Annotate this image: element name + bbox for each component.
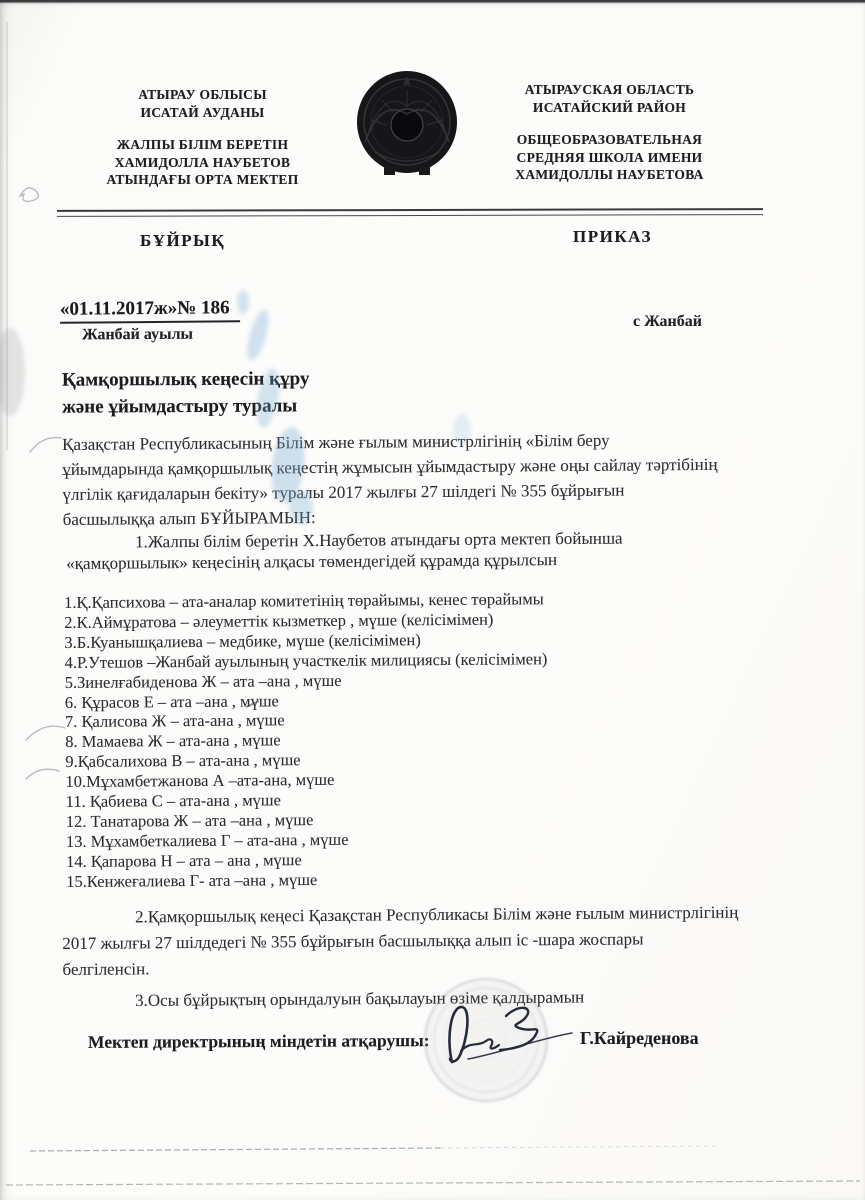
letterhead-line: ИСАТАЙ АУДАНЫ — [95, 104, 310, 122]
signature-ink — [449, 1007, 572, 1062]
list-item: 15.Кенжеғалиева Г- ата –ана , мүше — [66, 866, 726, 891]
letterhead-right-russian: АТЫРАУСКАЯ ОБЛАСТЬ ИСАТАЙСКИЙ РАЙОН ОБЩЕ… — [497, 81, 722, 184]
order-title-line: Қамқоршылық кеңесін құру — [62, 365, 310, 393]
letterhead-line: ХАМИДОЛЛЫ НАУБЕТОВА — [497, 166, 722, 184]
order-verb: БҰЙЫРАМЫН: — [200, 508, 316, 528]
doodle-arc — [30, 438, 61, 452]
point-1-line: «қамқоршылык» кеңесінің алқасы төмендегі… — [62, 548, 722, 574]
doodle-scribble — [20, 188, 39, 201]
order-date-number: «01.11.2017ж»№ 186 — [60, 297, 240, 324]
point-2-line: белгіленсін. — [62, 952, 742, 983]
scanned-document-page: АТЫРАУ ОБЛЫСЫ ИСАТАЙ АУДАНЫ ЖАЛПЫ БІЛІМ … — [0, 0, 865, 1200]
letterhead-line: ЖАЛПЫ БІЛІМ БЕРЕТІН — [95, 136, 310, 154]
intro-paragraph: Қазақстан Республикасының Білім және ғыл… — [62, 427, 723, 532]
council-members-list: 1.Қ.Қапсихова – ата-аналар комитетінің т… — [64, 588, 726, 892]
letterhead-line: ХАМИДОЛЛА НАУБЕТОВ — [95, 154, 310, 172]
pencil-doodles — [20, 188, 65, 779]
kazakhstan-coat-of-arms-icon — [355, 70, 459, 176]
header-divider-rule — [57, 208, 763, 217]
point-2-line: 2017 жылғы 27 шілдедегі № 355 бұйрығын б… — [62, 926, 742, 957]
letterhead-left-kazakh: АТЫРАУ ОБЛЫСЫ ИСАТАЙ АУДАНЫ ЖАЛПЫ БІЛІМ … — [95, 86, 310, 189]
letterhead-line: ОБЩЕОБРАЗОВАТЕЛЬНАЯ — [497, 131, 722, 149]
point-1-paragraph: 1.Жалпы білім беретін Х.Наубетов атындағ… — [62, 527, 722, 574]
letterhead-line: АТЫРАУ ОБЛЫСЫ — [95, 86, 310, 104]
intro-line-prefix: басшылыққа алып — [63, 509, 201, 529]
letterhead-line: СРЕДНЯЯ ШКОЛА ИМЕНИ — [497, 149, 722, 167]
order-title-line: және ұйымдастыру туралы — [62, 392, 310, 420]
point-3-paragraph: 3.Осы бұйрықтың орындалуын бақылауын өзі… — [135, 983, 735, 1013]
intro-line: үлгілік қағидаларын бекіту» туралы 2017 … — [62, 477, 722, 507]
point-2-paragraph: 2.Қамқоршылық кеңесі Қазақстан Республик… — [62, 900, 743, 983]
order-heading-russian: ПРИКАЗ — [573, 227, 652, 247]
doodle-arc — [26, 769, 59, 779]
signature-label: Мектеп директрының міндетін атқарушы: — [88, 1030, 430, 1053]
pencil-smudge — [0, 328, 25, 416]
doodle-arc — [26, 726, 65, 740]
place-kazakh: Жанбай ауылы — [82, 326, 193, 345]
order-heading-kazakh: БҰЙРЫҚ — [140, 231, 225, 251]
letterhead-line: ИСАТАЙСКИЙ РАЙОН — [497, 99, 722, 117]
order-title: Қамқоршылық кеңесін құру және ұйымдастыр… — [62, 365, 310, 420]
scan-lines-bottom — [6, 1146, 860, 1185]
letterhead-line: АТЫНДАҒЫ ОРТА МЕКТЕП — [95, 171, 310, 189]
signatory-name: Г.Кайреденова — [580, 1028, 699, 1049]
scan-edge-top — [0, 0, 865, 3]
place-russian: с Жанбай — [633, 313, 702, 331]
letterhead-line: АТЫРАУСКАЯ ОБЛАСТЬ — [497, 81, 722, 99]
